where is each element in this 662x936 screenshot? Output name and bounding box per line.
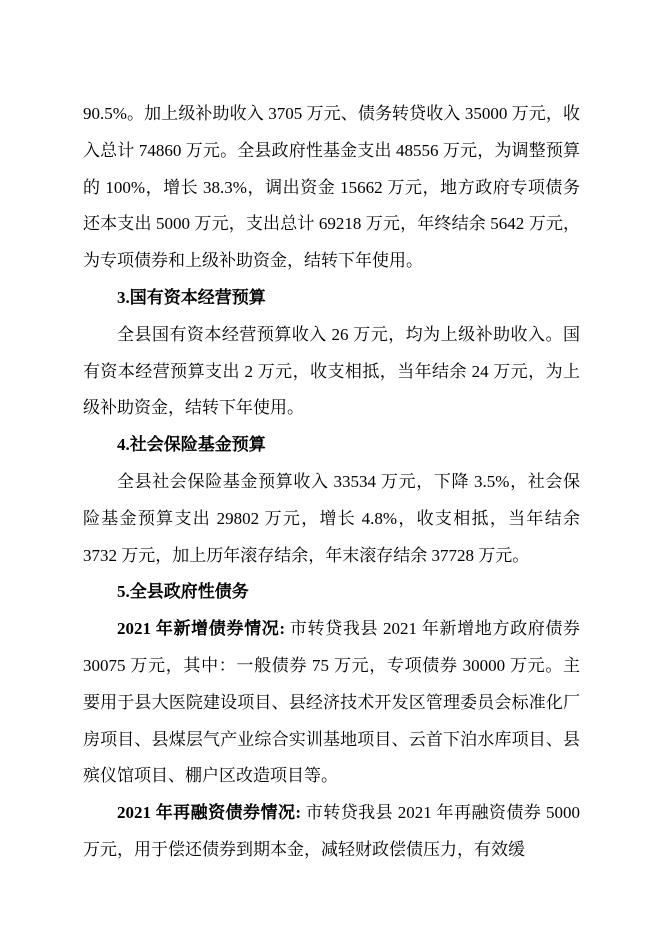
section-heading: 4.社会保险基金预算	[83, 427, 580, 464]
paragraph: 全县国有资本经营预算收入 26 万元，均为上级补助收入。国有资本经营预算支出 2…	[83, 317, 580, 427]
paragraph-bold-lead: 2021 年再融资债券情况:	[117, 803, 301, 822]
section-heading: 3.国有资本经营预算	[83, 280, 580, 317]
paragraph-bold-lead: 2021 年新增债券情况:	[117, 619, 285, 638]
section-heading: 5.全县政府性债务	[83, 574, 580, 611]
document-page: 90.5%。加上级补助收入 3705 万元、债务转贷收入 35000 万元，收入…	[0, 0, 662, 936]
paragraph: 全县社会保险基金预算收入 33534 万元，下降 3.5%，社会保险基金预算支出…	[83, 464, 580, 574]
paragraph: 90.5%。加上级补助收入 3705 万元、债务转贷收入 35000 万元，收入…	[83, 96, 580, 280]
paragraph: 2021 年再融资债券情况: 市转贷我县 2021 年再融资债券 5000 万元…	[83, 795, 580, 869]
paragraph-text: 市转贷我县 2021 年新增地方政府债券 30075 万元，其中：一般债券 75…	[83, 619, 580, 785]
paragraph: 2021 年新增债券情况: 市转贷我县 2021 年新增地方政府债券 30075…	[83, 611, 580, 795]
